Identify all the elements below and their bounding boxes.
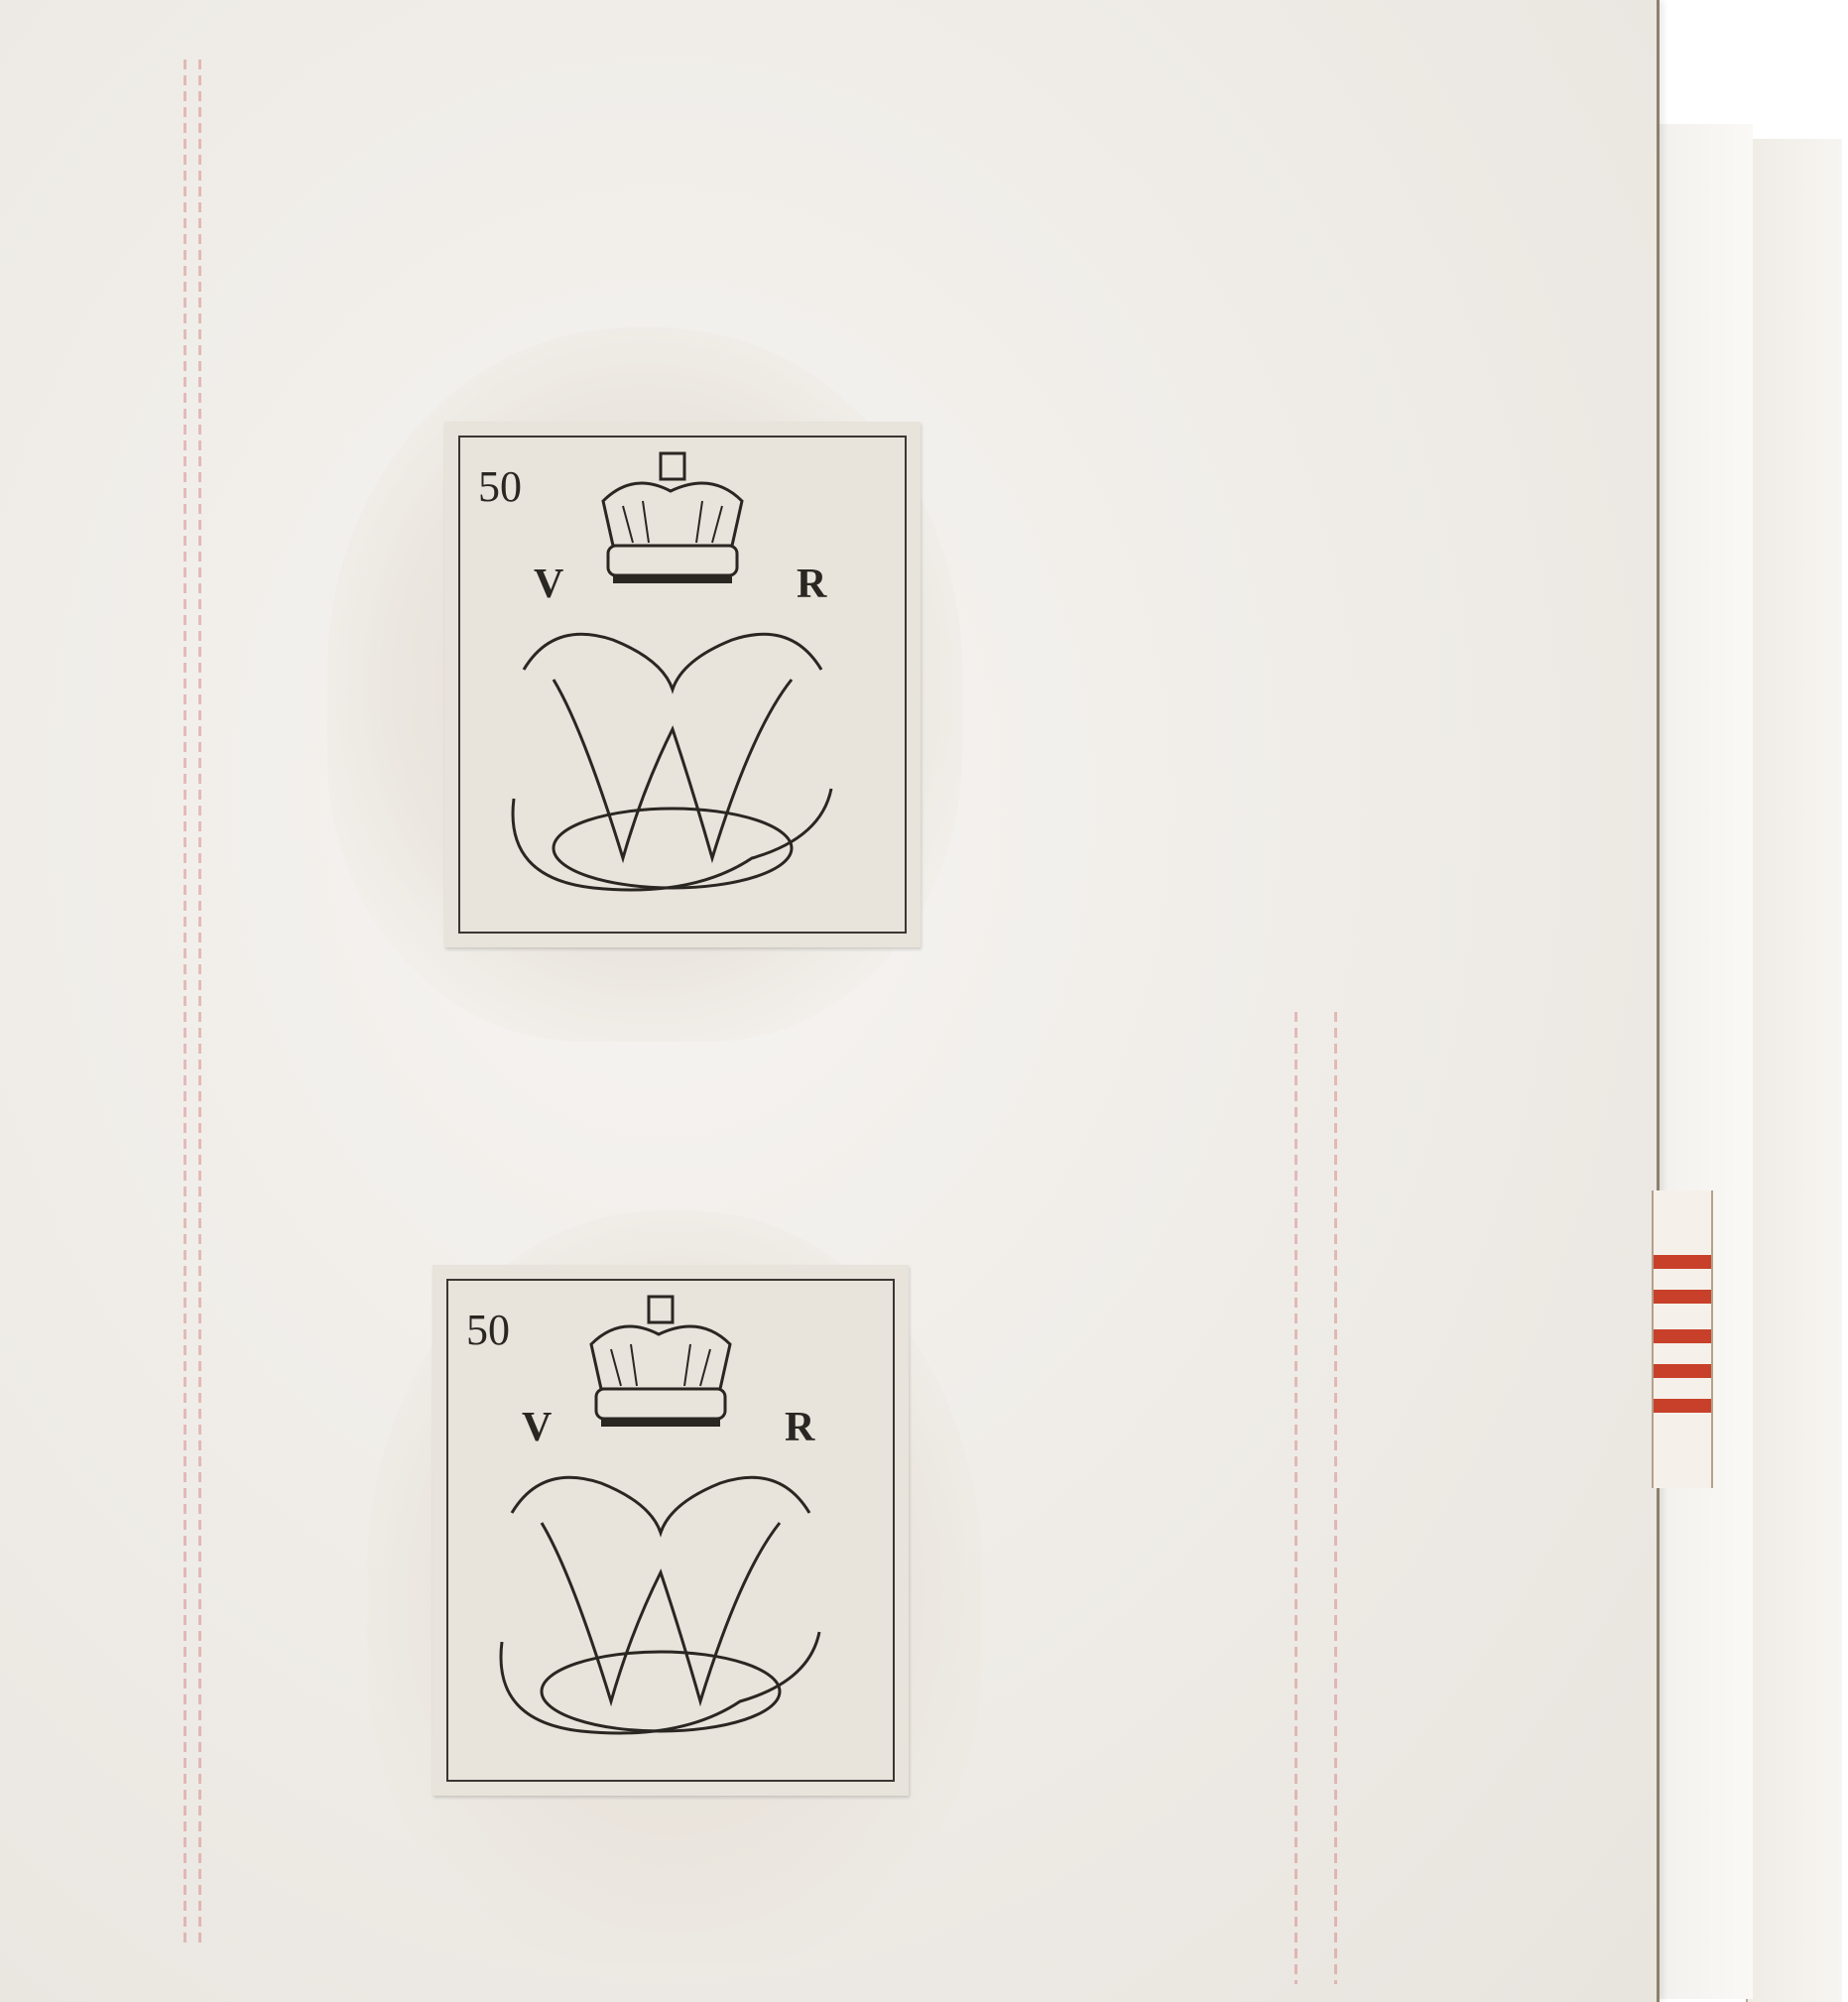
vr-monogram-icon xyxy=(482,1453,839,1751)
revenue-stamp: 50 V R xyxy=(444,422,921,947)
ruling-line xyxy=(198,60,201,1944)
revenue-stamp: 50 V R xyxy=(432,1265,909,1796)
crown-icon xyxy=(583,451,762,590)
stamp-value: 50 xyxy=(466,1305,510,1355)
ruling-line xyxy=(1294,1012,1297,1984)
middle-paper-sheet xyxy=(1657,124,1753,1999)
document-sheet: 50 V R 50 V R xyxy=(0,0,1660,2002)
stamp-letter-r: R xyxy=(785,1404,814,1451)
stamp-letter-v: V xyxy=(534,561,563,608)
red-stripe xyxy=(1654,1364,1711,1378)
red-stripe xyxy=(1654,1255,1711,1269)
red-striped-tab xyxy=(1652,1190,1713,1488)
stamp-letter-v: V xyxy=(522,1404,552,1451)
vr-monogram-icon xyxy=(494,610,851,908)
red-stripe xyxy=(1654,1399,1711,1413)
ruling-line xyxy=(1334,1012,1337,1984)
stamp-value: 50 xyxy=(478,461,522,512)
red-stripe xyxy=(1654,1329,1711,1343)
red-stripe xyxy=(1654,1290,1711,1304)
ruling-line xyxy=(184,60,186,1944)
stamp-letter-r: R xyxy=(797,561,826,608)
rear-paper-sheet xyxy=(1746,139,1842,2002)
crown-icon xyxy=(571,1295,750,1434)
